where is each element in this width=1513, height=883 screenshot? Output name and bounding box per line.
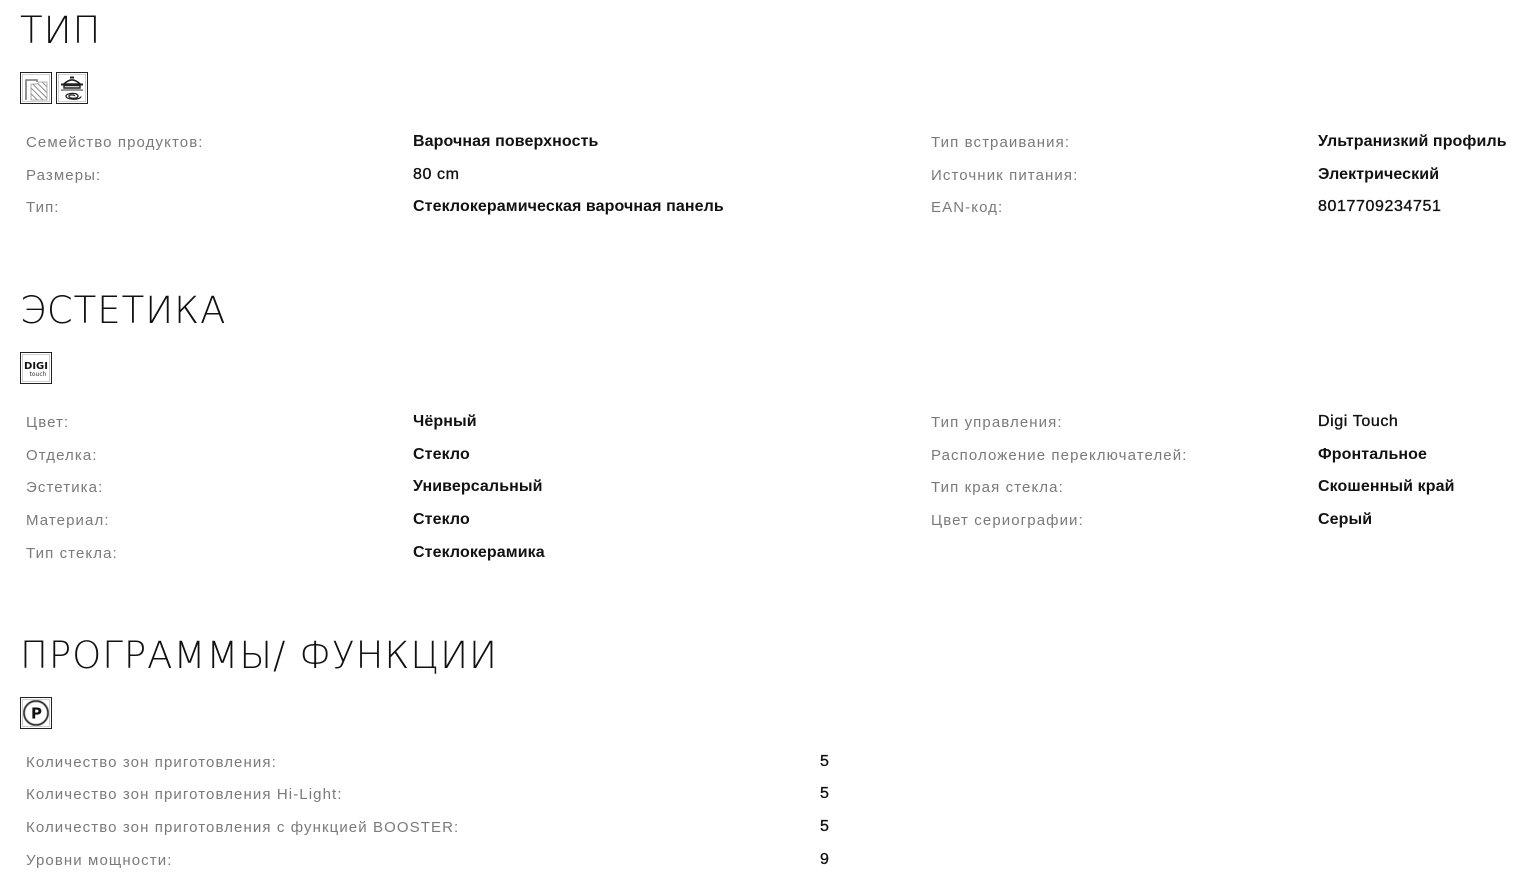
spec-row: Тип: <box>26 199 60 217</box>
spec-value-row: Серый <box>1318 511 1372 529</box>
spec-row: Цвет сериографии: <box>931 512 1084 530</box>
spec-value: Фронтальное <box>1318 446 1427 463</box>
spec-value-row: Стекло <box>413 446 470 464</box>
digi-touch-icon: DIGI touch <box>20 352 52 384</box>
spec-value: Digi Touch <box>1318 413 1398 430</box>
spec-value: Стеклокерамическая варочная панель <box>413 198 724 215</box>
spec-value: Стеклокерамика <box>413 544 545 561</box>
spec-row: Расположение переключателей: <box>931 447 1188 465</box>
spec-value: Варочная поверхность <box>413 133 598 150</box>
spec-label: Количество зон приготовления с функцией … <box>26 819 459 836</box>
spec-label: Количество зон приготовления: <box>26 754 277 771</box>
spec-row: Тип края стекла: <box>931 479 1064 497</box>
spec-label: Источник питания: <box>931 167 1078 184</box>
spec-label: Расположение переключателей: <box>931 447 1188 464</box>
spec-row: Количество зон приготовления: <box>26 754 277 772</box>
spec-label: Тип: <box>26 199 60 216</box>
cookware-radiant-heat-icon <box>56 72 88 104</box>
spec-value-row: Варочная поверхность <box>413 133 598 151</box>
spec-row: Тип стекла: <box>26 545 118 563</box>
spec-value: 8017709234751 <box>1318 198 1441 215</box>
section-title: ТИП <box>20 12 101 49</box>
spec-value: Скошенный край <box>1318 478 1455 495</box>
spec-label: Эстетика: <box>26 479 103 496</box>
svg-text:P: P <box>31 705 42 723</box>
svg-text:touch: touch <box>30 371 47 378</box>
spec-label: Цвет сериографии: <box>931 512 1084 529</box>
feature-icons <box>20 72 88 104</box>
spec-value-row: Ультранизкий профиль <box>1318 133 1507 151</box>
spec-value: Серый <box>1318 511 1372 528</box>
spec-value: Ультранизкий профиль <box>1318 133 1507 150</box>
feature-icons: DIGI touch <box>20 352 52 384</box>
spec-value: Универсальный <box>413 478 543 495</box>
spec-row: Тип управления: <box>931 414 1063 432</box>
spec-value: 9 <box>820 851 830 868</box>
spec-label: Уровни мощности: <box>26 852 172 869</box>
spec-value-row: 8017709234751 <box>1318 198 1441 216</box>
spec-value-row: Digi Touch <box>1318 413 1398 431</box>
spec-label: EAN-код: <box>931 199 1003 216</box>
spec-value: 5 <box>820 753 830 770</box>
spec-row: Источник питания: <box>931 167 1078 185</box>
spec-row: Цвет: <box>26 414 69 432</box>
spec-value-row: Универсальный <box>413 478 543 496</box>
spec-row: Семейство продуктов: <box>26 134 204 152</box>
power-levels-p-icon: P <box>20 697 52 729</box>
spec-row: Размеры: <box>26 167 101 185</box>
spec-value-row: 80 cm <box>413 166 460 184</box>
spec-value-row: Скошенный край <box>1318 478 1455 496</box>
spec-value-row: Стеклокерамическая варочная панель <box>413 198 724 216</box>
spec-value-row: 5 <box>820 785 830 803</box>
spec-row: Количество зон приготовления Hi-Light: <box>26 786 343 804</box>
spec-value-row: 5 <box>820 753 830 771</box>
spec-value-row: 9 <box>820 851 830 869</box>
spec-label: Материал: <box>26 512 110 529</box>
spec-value: Стекло <box>413 511 470 528</box>
spec-label: Тип края стекла: <box>931 479 1064 496</box>
section-title: ЭСТЕТИКА <box>20 292 226 329</box>
spec-row: Количество зон приготовления с функцией … <box>26 819 459 837</box>
spec-value: 5 <box>820 785 830 802</box>
spec-row: Материал: <box>26 512 110 530</box>
spec-label: Тип управления: <box>931 414 1063 431</box>
spec-row: Эстетика: <box>26 479 103 497</box>
spec-label: Цвет: <box>26 414 69 431</box>
spec-row: Уровни мощности: <box>26 852 172 870</box>
spec-value-row: Фронтальное <box>1318 446 1427 464</box>
spec-label: Количество зон приготовления Hi-Light: <box>26 786 343 803</box>
spec-value: 80 cm <box>413 166 460 183</box>
feature-icons: P <box>20 697 52 729</box>
spec-value-row: Стекло <box>413 511 470 529</box>
spec-label: Размеры: <box>26 167 101 184</box>
spec-label: Семейство продуктов: <box>26 134 204 151</box>
spec-row: EAN-код: <box>931 199 1003 217</box>
section-title: ПРОГРАММЫ/ ФУНКЦИИ <box>20 637 498 674</box>
spec-value-row: Чёрный <box>413 413 477 431</box>
spec-value: Электрический <box>1318 166 1439 183</box>
spec-label: Отделка: <box>26 447 98 464</box>
spec-value-row: Стеклокерамика <box>413 544 545 562</box>
spec-value: 5 <box>820 818 830 835</box>
spec-label: Тип стекла: <box>26 545 118 562</box>
spec-value-row: Электрический <box>1318 166 1439 184</box>
spec-row: Отделка: <box>26 447 98 465</box>
spec-label: Тип встраивания: <box>931 134 1070 151</box>
built-in-hob-icon <box>20 72 52 104</box>
spec-value: Стекло <box>413 446 470 463</box>
spec-value-row: 5 <box>820 818 830 836</box>
spec-value: Чёрный <box>413 413 477 430</box>
spec-row: Тип встраивания: <box>931 134 1070 152</box>
